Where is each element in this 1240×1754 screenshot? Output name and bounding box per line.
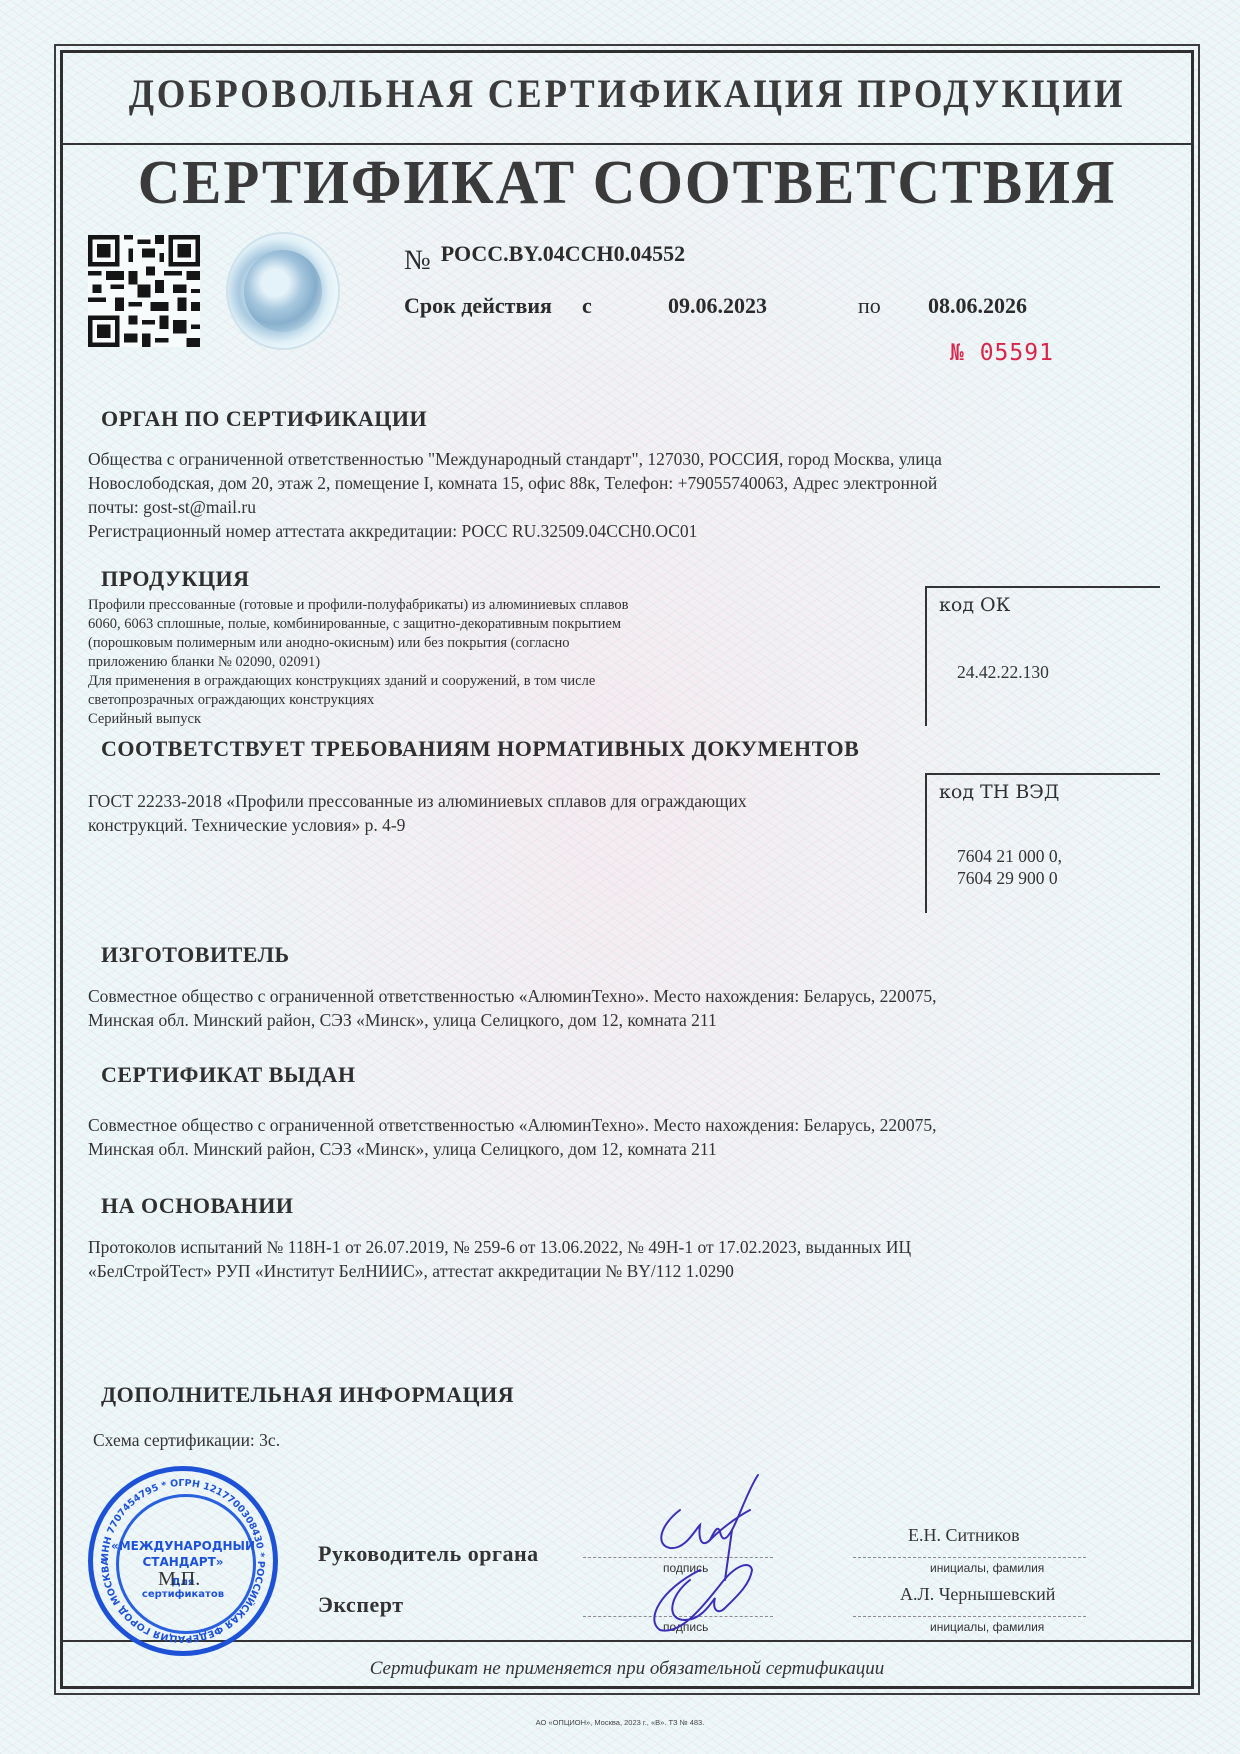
expert-name: А.Л. Чернышевский [900, 1584, 1055, 1605]
footer-note: Сертификат не применяется при обязательн… [60, 1658, 1194, 1680]
document-subtitle: ДОБРОВОЛЬНАЯ СЕРТИФИКАЦИЯ ПРОДУКЦИИ [105, 70, 1148, 117]
head-name-caption: инициалы, фамилия [930, 1561, 1044, 1575]
section-title-manufacturer: ИЗГОТОВИТЕЛЬ [101, 942, 290, 968]
section-title-requirements: СООТВЕТСТВУЕТ ТРЕБОВАНИЯМ НОРМАТИВНЫХ ДО… [101, 736, 859, 762]
printer-info: АО «ОПЦИОН», Москва, 2023 г., «В». ТЗ № … [0, 1718, 1240, 1727]
code-ok-value: 24.42.22.130 [957, 661, 1049, 683]
code-tnved-box: код ТН ВЭД 7604 21 000 0, 7604 29 900 0 [925, 773, 1160, 913]
validity-from-label: с [582, 293, 592, 319]
code-tnved-label: код ТН ВЭД [939, 781, 1059, 803]
issued-to-text: Совместное общество с ограниченной ответ… [88, 1113, 937, 1161]
requirements-text: ГОСТ 22233-2018 «Профили прессованные из… [88, 789, 747, 837]
globe-hologram-icon [226, 232, 340, 350]
head-role-label: Руководитель органа [318, 1541, 539, 1567]
manufacturer-text: Совместное общество с ограниченной ответ… [88, 984, 937, 1032]
code-tnved-values: 7604 21 000 0, 7604 29 900 0 [957, 845, 1062, 889]
head-name: Е.Н. Ситников [908, 1525, 1020, 1546]
section-title-product: ПРОДУКЦИЯ [101, 566, 250, 592]
blank-serial-number: № 05591 [950, 340, 1054, 366]
basis-text: Протоколов испытаний № 118Н-1 от 26.07.2… [88, 1235, 911, 1283]
section-title-additional: ДОПОЛНИТЕЛЬНАЯ ИНФОРМАЦИЯ [101, 1382, 514, 1408]
expert-name-caption: инициалы, фамилия [930, 1620, 1044, 1634]
expert-role-label: Эксперт [318, 1592, 404, 1618]
seal-stamp-icon: ИНН 7707454795 * ОГРН 1217700308430 * РО… [88, 1466, 278, 1656]
certification-body-text: Общества с ограниченной ответственностью… [88, 447, 942, 543]
code-ok-label: код ОК [939, 594, 1010, 616]
head-name-line [853, 1557, 1086, 1558]
section-title-certification-body: ОРГАН ПО СЕРТИФИКАЦИИ [101, 406, 427, 432]
header-divider-1 [60, 143, 1194, 145]
validity-to-label: по [858, 293, 881, 319]
certification-scheme: Схема сертификации: 3с. [93, 1428, 280, 1452]
document-title: СЕРТИФИКАТ СООТВЕТСТВИЯ [88, 148, 1165, 219]
validity-label: Срок действия [404, 293, 552, 319]
section-title-issued-to: СЕРТИФИКАТ ВЫДАН [101, 1062, 356, 1088]
section-title-basis: НА ОСНОВАНИИ [101, 1193, 294, 1219]
product-description: Профили прессованные (готовые и профили-… [88, 596, 628, 729]
certificate-number: №РОСС.BY.04ССН0.04552 [404, 237, 685, 269]
expert-name-line [853, 1616, 1086, 1617]
seal-place-label: М.П. [158, 1568, 200, 1591]
qr-code-icon[interactable] [88, 235, 200, 347]
valid-to-date: 08.06.2026 [928, 293, 1027, 319]
valid-from-date: 09.06.2023 [668, 293, 767, 319]
code-ok-box: код ОК 24.42.22.130 [925, 586, 1160, 726]
signature-scribble-icon [640, 1470, 790, 1640]
